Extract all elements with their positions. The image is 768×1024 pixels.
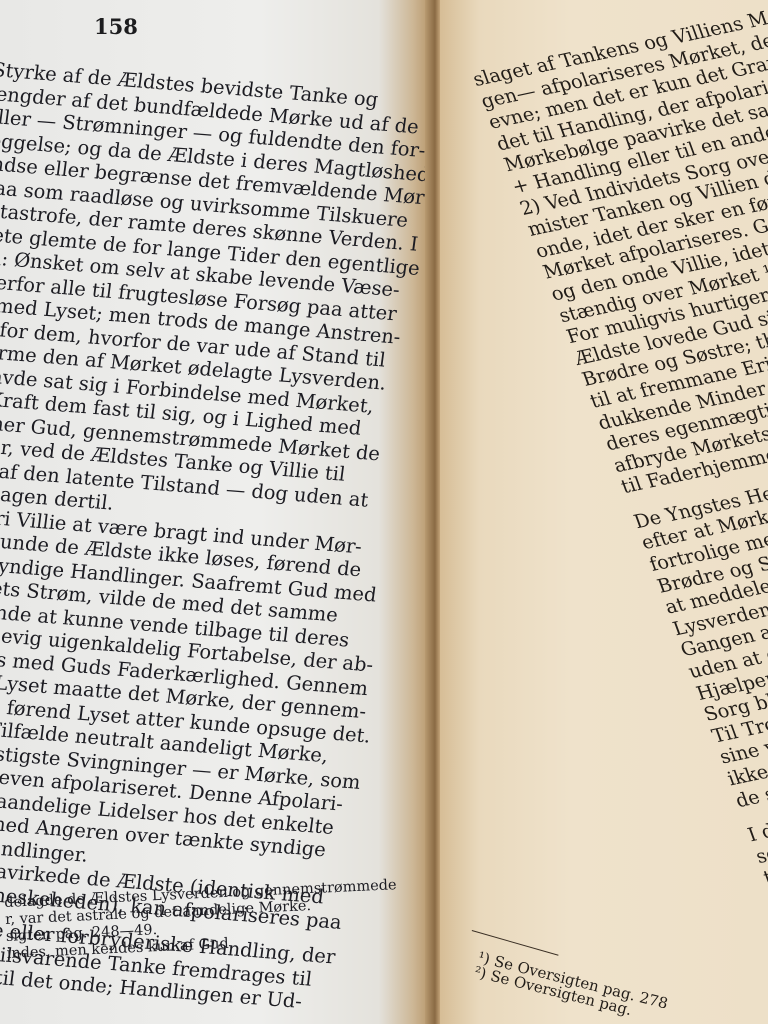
- right-page: slaget af Tankens og Villiens Mgen— afpo…: [440, 0, 768, 1024]
- right-page-footnotes: ¹) Se Oversigten pag. 278²) Se Oversigte…: [473, 950, 670, 1024]
- right-page-body: slaget af Tankens og Villiens Mgen— afpo…: [470, 0, 768, 954]
- page-number: 158: [94, 14, 138, 39]
- left-page: 158 Styrke af de Ældstes bevidste Tanke …: [0, 0, 430, 1024]
- left-page-body: Styrke af de Ældstes bevidste Tanke ogæn…: [0, 58, 413, 1013]
